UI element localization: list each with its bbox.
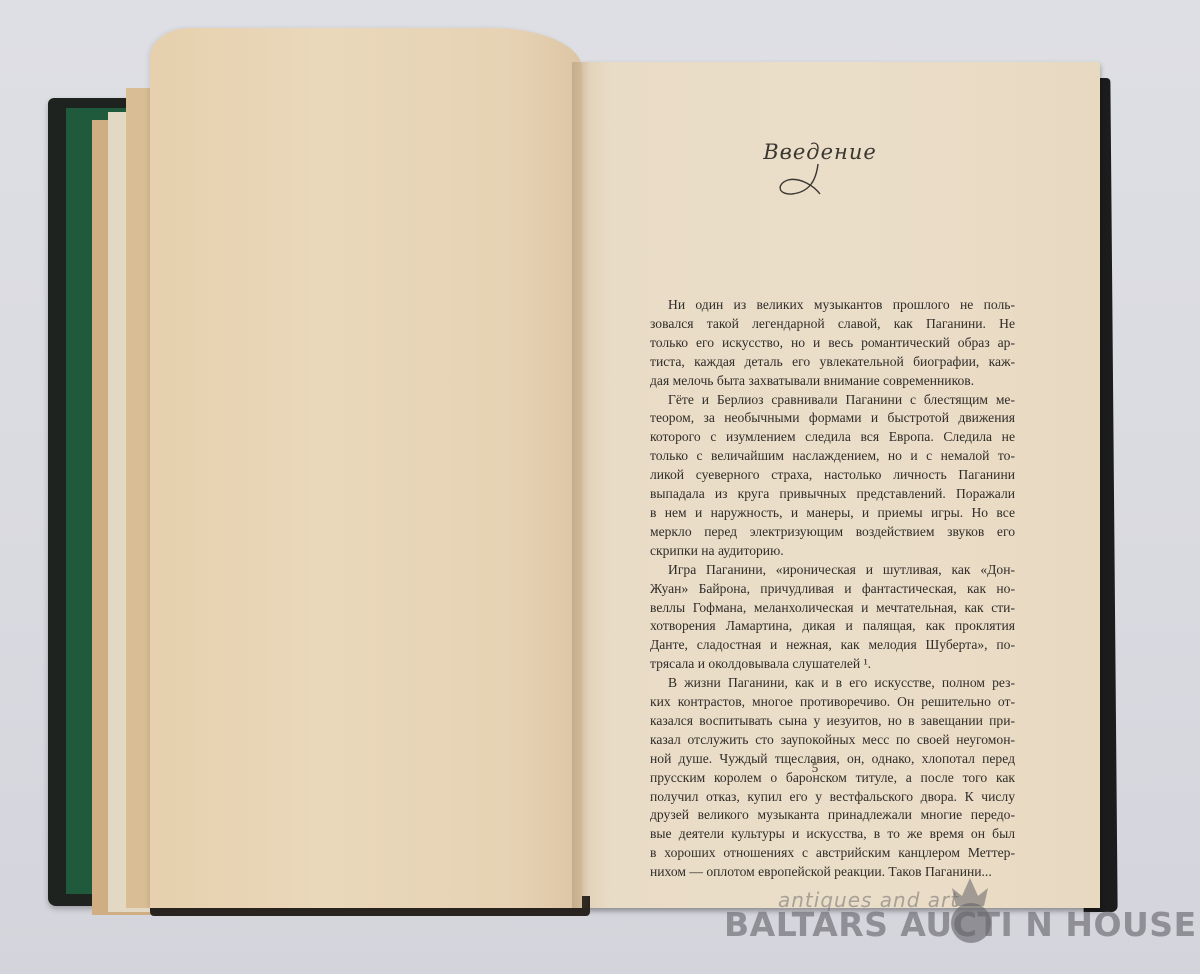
text-line: Игра Паганини, «ироническая и шутливая, … [650,561,1015,580]
text-line: только с величайшим наслаждением, но и с… [650,447,1015,466]
gutter-shadow [572,62,590,908]
text-line: Ни один из великих музыкантов прошлого н… [650,296,1015,315]
paragraph: Игра Паганини, «ироническая и шутливая, … [650,561,1015,674]
text-line: ной душе. Чуждый тщеславия, он, однако, … [650,750,1015,769]
paragraph: В жизни Паганини, как и в его искусстве,… [650,674,1015,882]
text-line: в нем и наружность, и манеры, и приемы и… [650,504,1015,523]
text-line: трясала и околдовывала слушателей ¹. [650,655,1015,674]
watermark-brand: BALTARS AUCTI N HOUSE [724,905,1197,944]
watermark-crown-icon [950,876,990,906]
text-line: ких контрастов, многое противоречиво. Он… [650,693,1015,712]
chapter-body-text: Ни один из великих музыкантов прошлого н… [650,296,1015,882]
paragraph: Ни один из великих музыкантов прошлого н… [650,296,1015,391]
text-line: вые деятели культуры и искусства, в то ж… [650,825,1015,844]
text-line: казался воспитывать сына у иезуитов, но … [650,712,1015,731]
text-line: только его искусство, но и весь романтич… [650,334,1015,353]
text-line: хотворения Ламартина, дикая и палящая, к… [650,617,1015,636]
text-line: друзей великого музыканта принадлежали м… [650,806,1015,825]
text-line: дая мелочь быта захватывали внимание сов… [650,372,1015,391]
text-line: теором, за необычными формами и быстрото… [650,409,1015,428]
text-line: Гёте и Берлиоз сравнивали Паганини с бле… [650,391,1015,410]
text-line: Жуан» Байрона, причудливая и фантастичес… [650,580,1015,599]
left-page-blank [150,28,582,908]
text-line: казал отслужить сто заупокойных месс по … [650,731,1015,750]
paragraph: Гёте и Берлиоз сравнивали Паганини с бле… [650,391,1015,561]
text-line: тиста, каждая деталь его увлекательной б… [650,353,1015,372]
text-line: Данте, сладостная и нежная, как мелодия … [650,636,1015,655]
text-line: в хороших отношениях с австрийским канцл… [650,844,1015,863]
text-line: получил отказ, купил его у вестфальского… [650,788,1015,807]
text-line: веллы Гофмана, меланхолическая и мечтате… [650,599,1015,618]
text-line: В жизни Паганини, как и в его искусстве,… [650,674,1015,693]
title-swash-ornament-icon [770,160,850,200]
text-line: меркло перед электризующим воздействием … [650,523,1015,542]
text-line: скрипки на аудиторию. [650,542,1015,561]
text-line: прусским королем о баронском титуле, а п… [650,769,1015,788]
text-line: зовался такой легендарной славой, как Па… [650,315,1015,334]
page-number: 5 [800,760,830,776]
text-line: ликой суеверного страха, настолько лично… [650,466,1015,485]
text-line: выпадала из круга привычных представлени… [650,485,1015,504]
text-line: которого с изумлением следила вся Европа… [650,428,1015,447]
